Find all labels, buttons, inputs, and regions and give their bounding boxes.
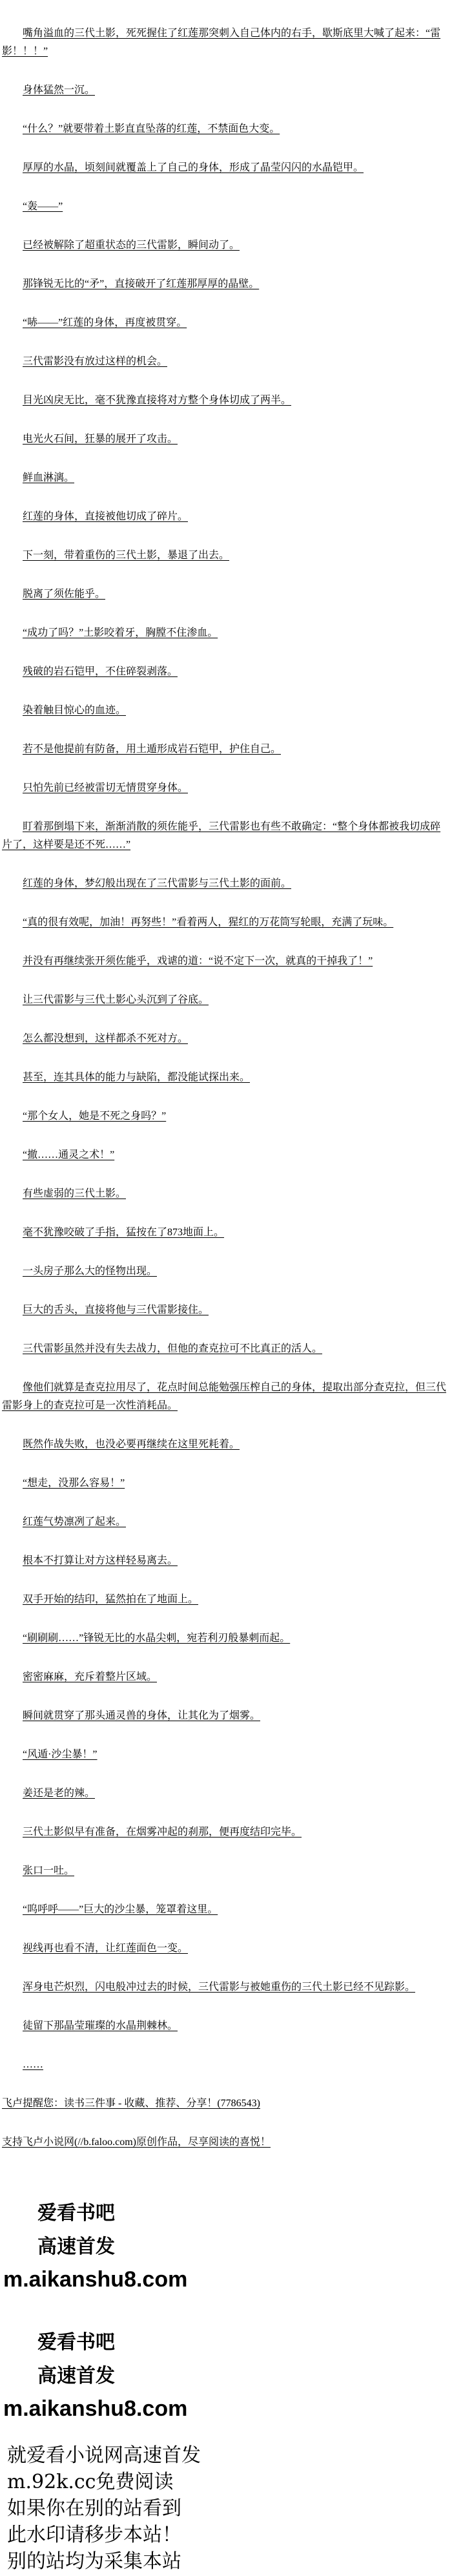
watermark-line: 别的站均为采集本站	[7, 2548, 450, 2575]
aikanshu-promo-block-1: 爱看书吧 高速首发 m.aikanshu8.com	[2, 2172, 450, 2295]
novel-paragraph: 已经被解除了超重状态的三代雷影，瞬间动了。	[2, 236, 450, 255]
novel-paragraph: 密密麻麻，充斥着整片区域。	[2, 1668, 450, 1686]
novel-paragraph: 若不是他提前有防备，用土遁形成岩石铠甲，护住自己。	[2, 740, 450, 759]
novel-paragraph: “真的很有效呢，加油！再努些！”看着两人，猩红的万花筒写轮眼，充满了玩味。	[2, 914, 450, 932]
novel-paragraph: 红莲的身体，梦幻般出现在了三代雷影与三代土影的面前。	[2, 875, 450, 893]
novel-paragraph: “想走，没那么容易！”	[2, 1474, 450, 1492]
novel-paragraph: 下一刻，带着重伤的三代土影，暴退了出去。	[2, 547, 450, 565]
novel-paragraph: “什么？”就要带着土影直直坠落的红莲，不禁面色大变。	[2, 120, 450, 138]
novel-paragraph: “那个女人，她是不死之身吗？”	[2, 1107, 450, 1126]
novel-paragraph: 脱离了须佐能乎。	[2, 585, 450, 603]
novel-paragraph: 三代雷影没有放过这样的机会。	[2, 353, 450, 371]
novel-paragraph: 嘴角溢血的三代土影，死死握住了红莲那突刺入自己体内的右手，歇斯底里大喊了起来：“…	[2, 25, 450, 61]
novel-paragraph: 红莲气势凛冽了起来。	[2, 1513, 450, 1531]
novel-paragraph: 红莲的身体，直接被他切成了碎片。	[2, 508, 450, 526]
novel-paragraph: 徒留下那晶莹璀璨的水晶荆棘林。	[2, 2017, 450, 2035]
novel-paragraph: “哧——”红莲的身体，再度被贯穿。	[2, 314, 450, 332]
novel-paragraph: “成功了吗？”土影咬着牙，胸膛不住渗血。	[2, 624, 450, 642]
novel-paragraph: 巨大的舌头，直接将他与三代雷影接住。	[2, 1301, 450, 1319]
novel-paragraph: “风遁·沙尘暴！”	[2, 1746, 450, 1764]
watermark-line: 就爱看小说网高速首发	[7, 2442, 450, 2469]
novel-paragraph: 三代土影似早有准备，在烟雾冲起的刹那，便再度结印完毕。	[2, 1823, 450, 1841]
promo-tagline: 高速首发	[2, 2360, 450, 2393]
novel-paragraph: “轰——”	[2, 198, 450, 216]
novel-paragraph: 三代雷影虽然并没有失去战力，但他的查克拉可不比真正的活人。	[2, 1340, 450, 1358]
novel-paragraph: 电光火石间，狂暴的展开了攻击。	[2, 430, 450, 448]
novel-paragraph: 毫不犹豫咬破了手指，猛按在了873地面上。	[2, 1224, 450, 1242]
aikanshu-promo-block-2: 爱看书吧 高速首发 m.aikanshu8.com	[2, 2295, 450, 2424]
novel-paragraph: 身体猛然一沉。	[2, 81, 450, 99]
novel-paragraph: 厚厚的水晶，顷刻间就覆盖上了自己的身体，形成了晶莹闪闪的水晶铠甲。	[2, 159, 450, 177]
novel-paragraph: 残破的岩石铠甲，不住碎裂剥落。	[2, 663, 450, 681]
novel-paragraph: 姜还是老的辣。	[2, 1785, 450, 1803]
novel-paragraph: 张口一吐。	[2, 1862, 450, 1880]
novel-paragraph: 怎么都没想到，这样都杀不死对方。	[2, 1030, 450, 1048]
novel-paragraph: 那锋锐无比的“矛”，直接破开了红莲那厚厚的晶壁。	[2, 275, 450, 293]
novel-paragraph: 盯着那倒塌下来，渐渐消散的须佐能乎，三代雷影也有些不敢确定：“整个身体都被我切成…	[2, 818, 450, 854]
novel-paragraph: 像他们就算是查克拉用尽了，花点时间总能勉强压榨自己的身体，提取出部分查克拉，但三…	[2, 1379, 450, 1415]
novel-paragraph: 一头房子那么大的怪物出现。	[2, 1262, 450, 1281]
novel-paragraph: “撤……通灵之术！”	[2, 1146, 450, 1164]
novel-paragraph: 有些虚弱的三代土影。	[2, 1185, 450, 1203]
chapter-content: 嘴角溢血的三代土影，死死握住了红莲那突刺入自己体内的右手，歇斯底里大喊了起来：“…	[0, 0, 452, 2576]
novel-paragraph: 染着触目惊心的血迹。	[2, 702, 450, 720]
novel-paragraph: 甚至，连其具体的能力与缺陷，都没能试探出来。	[2, 1069, 450, 1087]
novel-paragraph: “刷刷刷……”锋锐无比的水晶尖刺，宛若利刃般暴刺而起。	[2, 1629, 450, 1648]
faloo-reminder-line: 飞卢提醒您：读书三件事 - 收藏、推荐、分享！(7786543)	[2, 2095, 450, 2113]
novel-paragraph: 目光凶戾无比，毫不犹豫直接将对方整个身体切成了两半。	[2, 392, 450, 410]
watermark-line: 此水印请移步本站！	[7, 2522, 450, 2548]
novel-paragraph: 并没有再继续张开须佐能乎，戏谑的道：“说不定下一次，就真的干掉我了！”	[2, 952, 450, 970]
novel-page: 嘴角溢血的三代土影，死死握住了红莲那突刺入自己体内的右手，歇斯底里大喊了起来：“…	[0, 0, 452, 2576]
promo-url: m.aikanshu8.com	[2, 2264, 450, 2295]
novel-paragraph: “呜呼呼——”巨大的沙尘暴，笼罩着这里。	[2, 1901, 450, 1919]
novel-paragraph: 根本不打算让对方这样轻易离去。	[2, 1552, 450, 1570]
novel-paragraph: ……	[2, 2056, 450, 2074]
novel-paragraph: 视线再也看不清，让红莲面色一变。	[2, 1940, 450, 1958]
paragraph-list: 嘴角溢血的三代土影，死死握住了红莲那突刺入自己体内的右手，歇斯底里大喊了起来：“…	[2, 25, 450, 2074]
watermark-block: 就爱看小说网高速首发m.92k.cc免费阅读如果你在别的站看到此水印请移步本站！…	[2, 2424, 450, 2576]
novel-paragraph: 既然作战失败，也没必要再继续在这里死耗着。	[2, 1436, 450, 1454]
promo-site-name: 爱看书吧	[2, 2197, 450, 2230]
promo-url: m.aikanshu8.com	[2, 2393, 450, 2424]
faloo-support-line: 支持飞卢小说网(//b.faloo.com)原创作品，尽享阅读的喜悦！	[2, 2133, 450, 2152]
watermark-line: 如果你在别的站看到	[7, 2495, 450, 2522]
novel-paragraph: 鲜血淋漓。	[2, 469, 450, 487]
novel-paragraph: 让三代雷影与三代土影心头沉到了谷底。	[2, 991, 450, 1009]
novel-paragraph: 只怕先前已经被雷切无情贯穿身体。	[2, 779, 450, 797]
novel-paragraph: 瞬间就贯穿了那头通灵兽的身体，让其化为了烟雾。	[2, 1707, 450, 1725]
watermark-line: m.92k.cc免费阅读	[7, 2469, 450, 2495]
promo-site-name: 爱看书吧	[2, 2326, 450, 2360]
novel-paragraph: 浑身电芒炽烈，闪电般冲过去的时候，三代雷影与被她重伤的三代土影已经不见踪影。	[2, 1978, 450, 1996]
novel-paragraph: 双手开始的结印，猛然拍在了地面上。	[2, 1591, 450, 1609]
promo-tagline: 高速首发	[2, 2230, 450, 2264]
